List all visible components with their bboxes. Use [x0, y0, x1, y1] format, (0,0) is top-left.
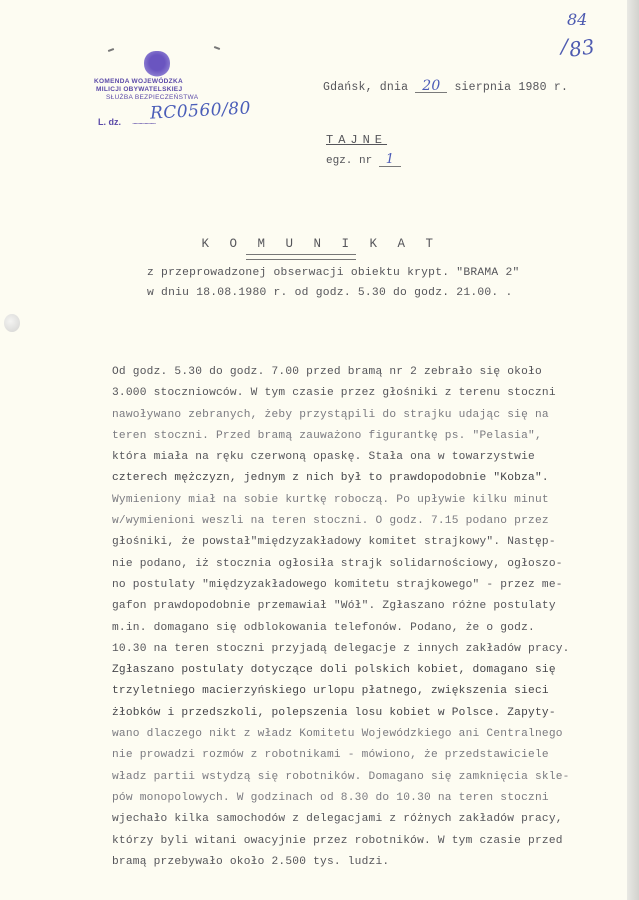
body-line: 10.30 na teren stoczni przyjadą delegacj… [112, 639, 632, 660]
date-day-handwritten: 20 [415, 80, 447, 93]
body-line: trzyletniego macierzyńskiego urlopu płat… [112, 681, 632, 702]
office-stamp: KOMENDA WOJEWÓDZKA MILICJI OBYWATELSKIEJ… [92, 45, 232, 140]
body-line: nie podano, iż stocznia ogłosiła strajk … [112, 554, 632, 575]
page-number-top: 84 [567, 10, 587, 29]
body-line: pów monopolowych. W godzinach od 8.30 do… [112, 788, 632, 809]
title-underline [246, 254, 356, 260]
body-line: wano dlaczego nikt z władz Komitetu Woje… [112, 724, 632, 745]
body-line: którzy byli witani owacyjnie przez robot… [112, 831, 632, 852]
body-line: w/wymienioni weszli na teren stoczni. O … [112, 511, 632, 532]
page-number-bottom: 83 [567, 34, 596, 61]
body-line: Zgłaszano postulaty dotyczące doli polsk… [112, 660, 632, 681]
stamp-line-2: MILICJI OBYWATELSKIEJ [96, 86, 182, 94]
body-line: Od godz. 5.30 do godz. 7.00 przed bramą … [112, 362, 632, 383]
page-number-annotation: 84 / 83 [561, 8, 597, 68]
copy-prefix: egz. nr [326, 155, 372, 167]
body-line: władz partii wstydzą się robotników. Dom… [112, 767, 632, 788]
body-line: która miała na ręku czerwoną opaskę. Sta… [112, 447, 632, 468]
body-line: czterech mężczyzn, jednym z nich był to … [112, 468, 632, 489]
stamp-mark [214, 46, 220, 50]
copy-number-line: egz. nr 1 [326, 154, 401, 167]
date-suffix: sierpnia 1980 r. [454, 81, 568, 94]
stamp-reference-label: L. dz. [98, 117, 121, 127]
body-line: no postulaty "międzyzakładowego komitetu… [112, 575, 632, 596]
body-line: wjechało kilka samochodów z delegacjami … [112, 809, 632, 830]
body-line: głośniki, że powstał"międzyzakładowy kom… [112, 532, 632, 553]
date-prefix: Gdańsk, dnia [323, 81, 408, 94]
subtitle-line-2: w dniu 18.08.1980 r. od godz. 5.30 do go… [147, 287, 513, 299]
document-body: Od godz. 5.30 do godz. 7.00 przed bramą … [112, 362, 632, 873]
subtitle-line-1: z przeprowadzonej obserwacji obiektu kry… [147, 267, 520, 279]
body-line: 3.000 stoczniowców. W tym czasie przez g… [112, 383, 632, 404]
body-line: bramą przebywało około 2.500 tys. ludzi. [112, 852, 632, 873]
eagle-emblem-icon [144, 51, 170, 77]
punch-hole [4, 314, 20, 332]
date-line: Gdańsk, dnia 20 sierpnia 1980 r. [323, 80, 568, 94]
body-line: m.in. domagano się odblokowania telefonó… [112, 618, 632, 639]
body-line: nie prowadzi rozmów z robotnikami - mówi… [112, 745, 632, 766]
body-line: teren stoczni. Przed bramą zauważono fig… [112, 426, 632, 447]
classification-label: TAJNE [326, 133, 387, 147]
reference-number-handwritten: RC0560/80 [150, 98, 252, 123]
scan-edge [627, 0, 639, 900]
body-line: Wymieniony miał na sobie kurtkę roboczą.… [112, 490, 632, 511]
document-title: K O M U N I K A T [0, 237, 627, 251]
stamp-line-1: KOMENDA WOJEWÓDZKA [94, 78, 183, 86]
copy-number-handwritten: 1 [379, 154, 401, 167]
body-line: gafon prawdopodobnie przemawiał "Wół". Z… [112, 596, 632, 617]
stamp-mark [108, 48, 114, 52]
document-page: KOMENDA WOJEWÓDZKA MILICJI OBYWATELSKIEJ… [0, 0, 627, 900]
body-line: nawoływano zebranych, żeby przystąpili d… [112, 405, 632, 426]
body-line: żłobków i przedszkoli, polepszenia losu … [112, 703, 632, 724]
